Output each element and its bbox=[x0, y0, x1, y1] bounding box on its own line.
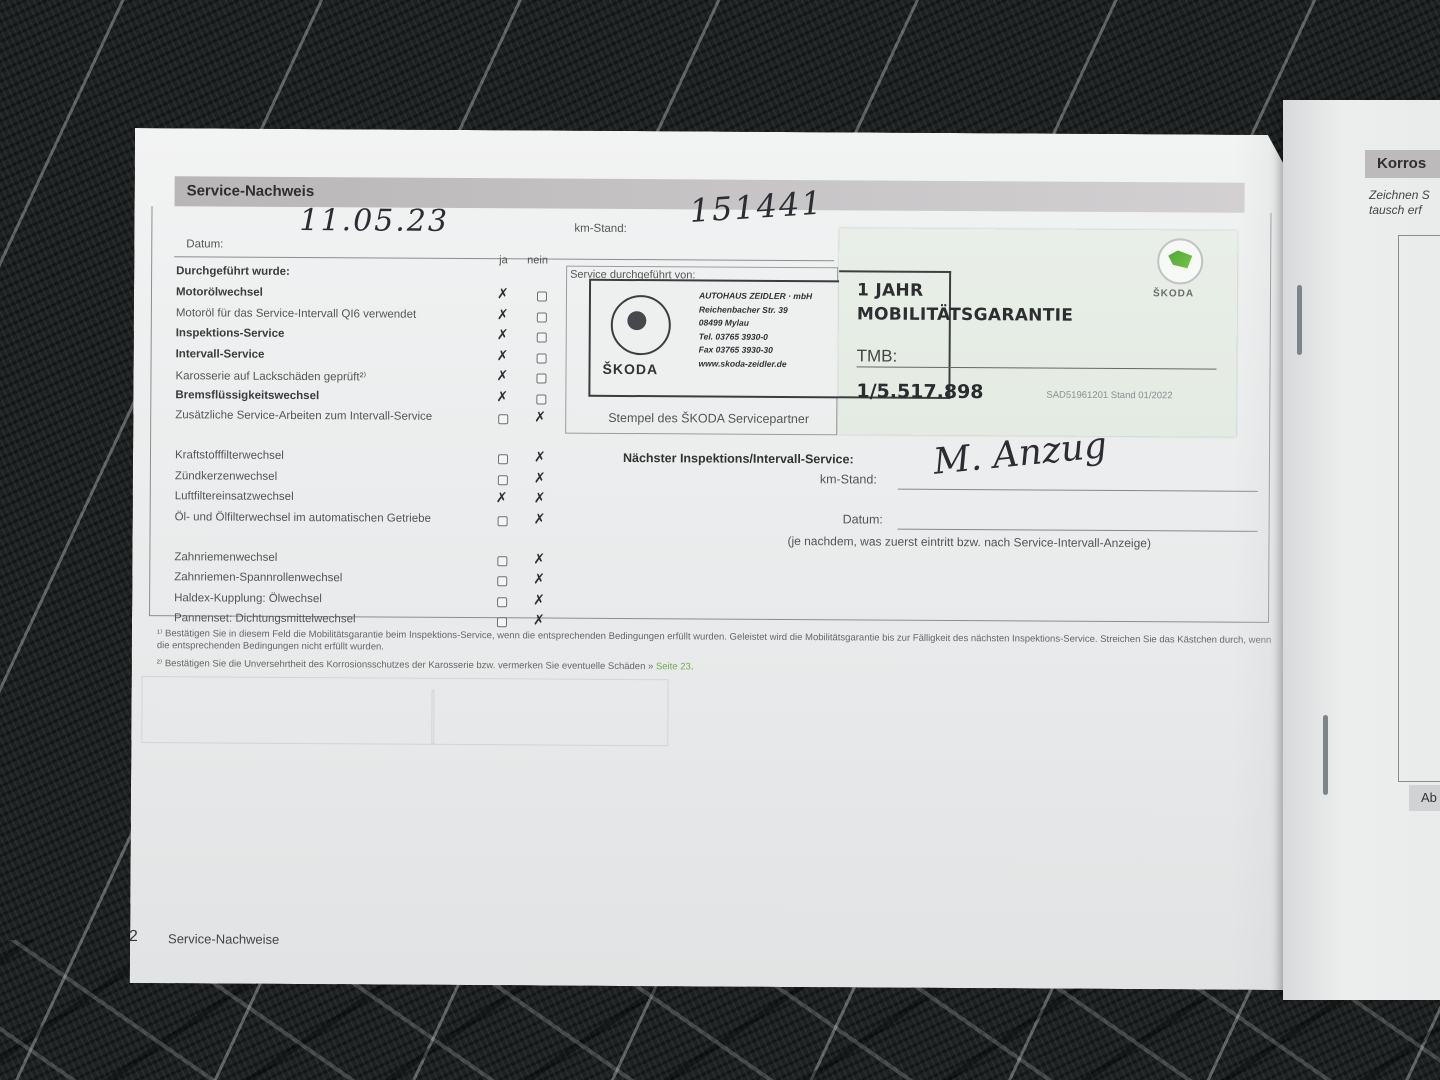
checkbox-ja-checked[interactable]: ✗ bbox=[496, 491, 508, 505]
sticker-title-line1: 1 JAHR bbox=[857, 278, 1073, 303]
checkbox-nein[interactable] bbox=[537, 312, 547, 322]
show-through-divider bbox=[431, 690, 434, 744]
checkbox-ja[interactable] bbox=[497, 597, 507, 607]
checkbox-nein-checked[interactable]: ✗ bbox=[534, 471, 546, 485]
skoda-logo-icon bbox=[1157, 238, 1203, 284]
checkbox-ja-checked[interactable]: ✗ bbox=[497, 349, 509, 363]
footnote-1: ¹⁾ Bestätigen Sie in diesem Feld die Mob… bbox=[157, 628, 1277, 659]
checkbox-ja-checked[interactable]: ✗ bbox=[497, 308, 509, 322]
checkbox-nein-checked[interactable]: ✗ bbox=[534, 512, 546, 526]
date-label: Datum: bbox=[186, 238, 223, 250]
checkbox-nein-checked[interactable]: ✗ bbox=[533, 572, 545, 586]
checkbox-nein-checked[interactable]: ✗ bbox=[533, 552, 545, 566]
sticker-title-line2: MOBILITÄTSGARANTIE bbox=[857, 302, 1073, 327]
dealer-name: AUTOHAUS ZEIDLER · mbH bbox=[699, 289, 812, 303]
checkbox-nein-checked[interactable]: ✗ bbox=[533, 593, 545, 607]
checkbox-ja[interactable] bbox=[497, 556, 507, 566]
right-intro: Zeichnen S tausch erf bbox=[1369, 188, 1430, 218]
checkbox-nein-checked[interactable]: ✗ bbox=[534, 450, 546, 464]
skoda-logo-icon bbox=[611, 295, 671, 355]
right-section-title: Korros bbox=[1365, 150, 1440, 178]
sticker-brand: ŠKODA bbox=[1153, 288, 1194, 299]
checkbox-nein-checked[interactable]: ✗ bbox=[534, 410, 546, 424]
column-ja: ja bbox=[499, 254, 508, 266]
checkbox-nein-checked[interactable]: ✗ bbox=[533, 613, 545, 627]
show-through-box bbox=[141, 676, 668, 746]
checkbox-nein[interactable] bbox=[537, 332, 547, 342]
checkbox-nein-checked[interactable]: ✗ bbox=[534, 491, 546, 505]
page-link[interactable]: Seite 23 bbox=[656, 661, 691, 672]
stamp-brand: ŠKODA bbox=[602, 361, 658, 377]
next-km-label: km-Stand: bbox=[820, 472, 877, 486]
checkbox-nein[interactable] bbox=[536, 394, 546, 404]
checkbox-ja[interactable] bbox=[498, 454, 508, 464]
checkbox-nein[interactable] bbox=[537, 353, 547, 363]
checkbox-nein[interactable] bbox=[536, 373, 546, 383]
checkbox-nein[interactable] bbox=[537, 291, 547, 301]
footnote-2: ²⁾ Bestätigen Sie die Unversehrtheit des… bbox=[157, 658, 1277, 677]
staple-top bbox=[1297, 285, 1302, 355]
service-booklet-page-right: Korros Zeichnen S tausch erf Ab bbox=[1283, 100, 1440, 1000]
column-nein: nein bbox=[527, 254, 548, 266]
dealer-city: 08499 Mylau bbox=[699, 316, 812, 330]
checkbox-ja-checked[interactable]: ✗ bbox=[497, 287, 509, 301]
mobility-guarantee-sticker: ŠKODA 1 JAHR MOBILITÄTSGARANTIE TMB: 1/5… bbox=[838, 228, 1237, 436]
checkbox-ja[interactable] bbox=[497, 576, 507, 586]
checkbox-ja-checked[interactable]: ✗ bbox=[497, 328, 509, 342]
next-service-note: (je nachdem, was zuerst eintritt bzw. na… bbox=[787, 534, 1151, 550]
dealer-phone: Tel. 03765 3930-0 bbox=[699, 330, 812, 344]
tmb-label: TMB: bbox=[857, 346, 898, 366]
km-value[interactable]: 151441 bbox=[688, 184, 824, 230]
dealer-address: AUTOHAUS ZEIDLER · mbH Reichenbacher Str… bbox=[699, 289, 813, 371]
km-label: km-Stand: bbox=[574, 223, 626, 235]
performed-heading: Durchgeführt wurde: bbox=[176, 265, 556, 279]
service-booklet-page-left: Service-Nachweis Datum: 11.05.23 km-Stan… bbox=[130, 128, 1315, 990]
checkbox-ja-checked[interactable]: ✗ bbox=[496, 369, 508, 383]
checkbox-ja[interactable] bbox=[498, 414, 508, 424]
checkbox-ja[interactable] bbox=[497, 617, 507, 627]
service-items-list: Motorölwechsel✗Motoröl für das Service-I… bbox=[135, 128, 1315, 135]
page-footer-title: Service-Nachweise bbox=[168, 931, 279, 947]
vehicle-diagram-frame bbox=[1398, 235, 1440, 782]
dealer-stamp: ŠKODA AUTOHAUS ZEIDLER · mbH Reichenbach… bbox=[588, 279, 843, 399]
checkbox-ja[interactable] bbox=[498, 475, 508, 485]
sticker-number: 1/5.517.898 bbox=[856, 380, 983, 403]
next-date-label: Datum: bbox=[843, 512, 883, 526]
dealer-website: www.skoda-zeidler.de bbox=[699, 357, 812, 371]
staple-bottom bbox=[1323, 715, 1328, 795]
sticker-code: SAD51961201 Stand 01/2022 bbox=[1046, 390, 1172, 402]
stamp-caption: Stempel des ŠKODA Servicepartner bbox=[608, 411, 809, 426]
next-service-title: Nächster Inspektions/Intervall-Service: bbox=[623, 451, 854, 466]
dealer-street: Reichenbacher Str. 39 bbox=[699, 303, 812, 317]
sticker-title: 1 JAHR MOBILITÄTSGARANTIE bbox=[857, 278, 1074, 327]
checkbox-ja[interactable] bbox=[498, 516, 508, 526]
figure-caption: Ab bbox=[1409, 785, 1440, 811]
checkbox-ja-checked[interactable]: ✗ bbox=[496, 390, 508, 404]
date-value[interactable]: 11.05.23 bbox=[299, 203, 449, 239]
dealer-fax: Fax 03765 3930-30 bbox=[699, 343, 812, 357]
